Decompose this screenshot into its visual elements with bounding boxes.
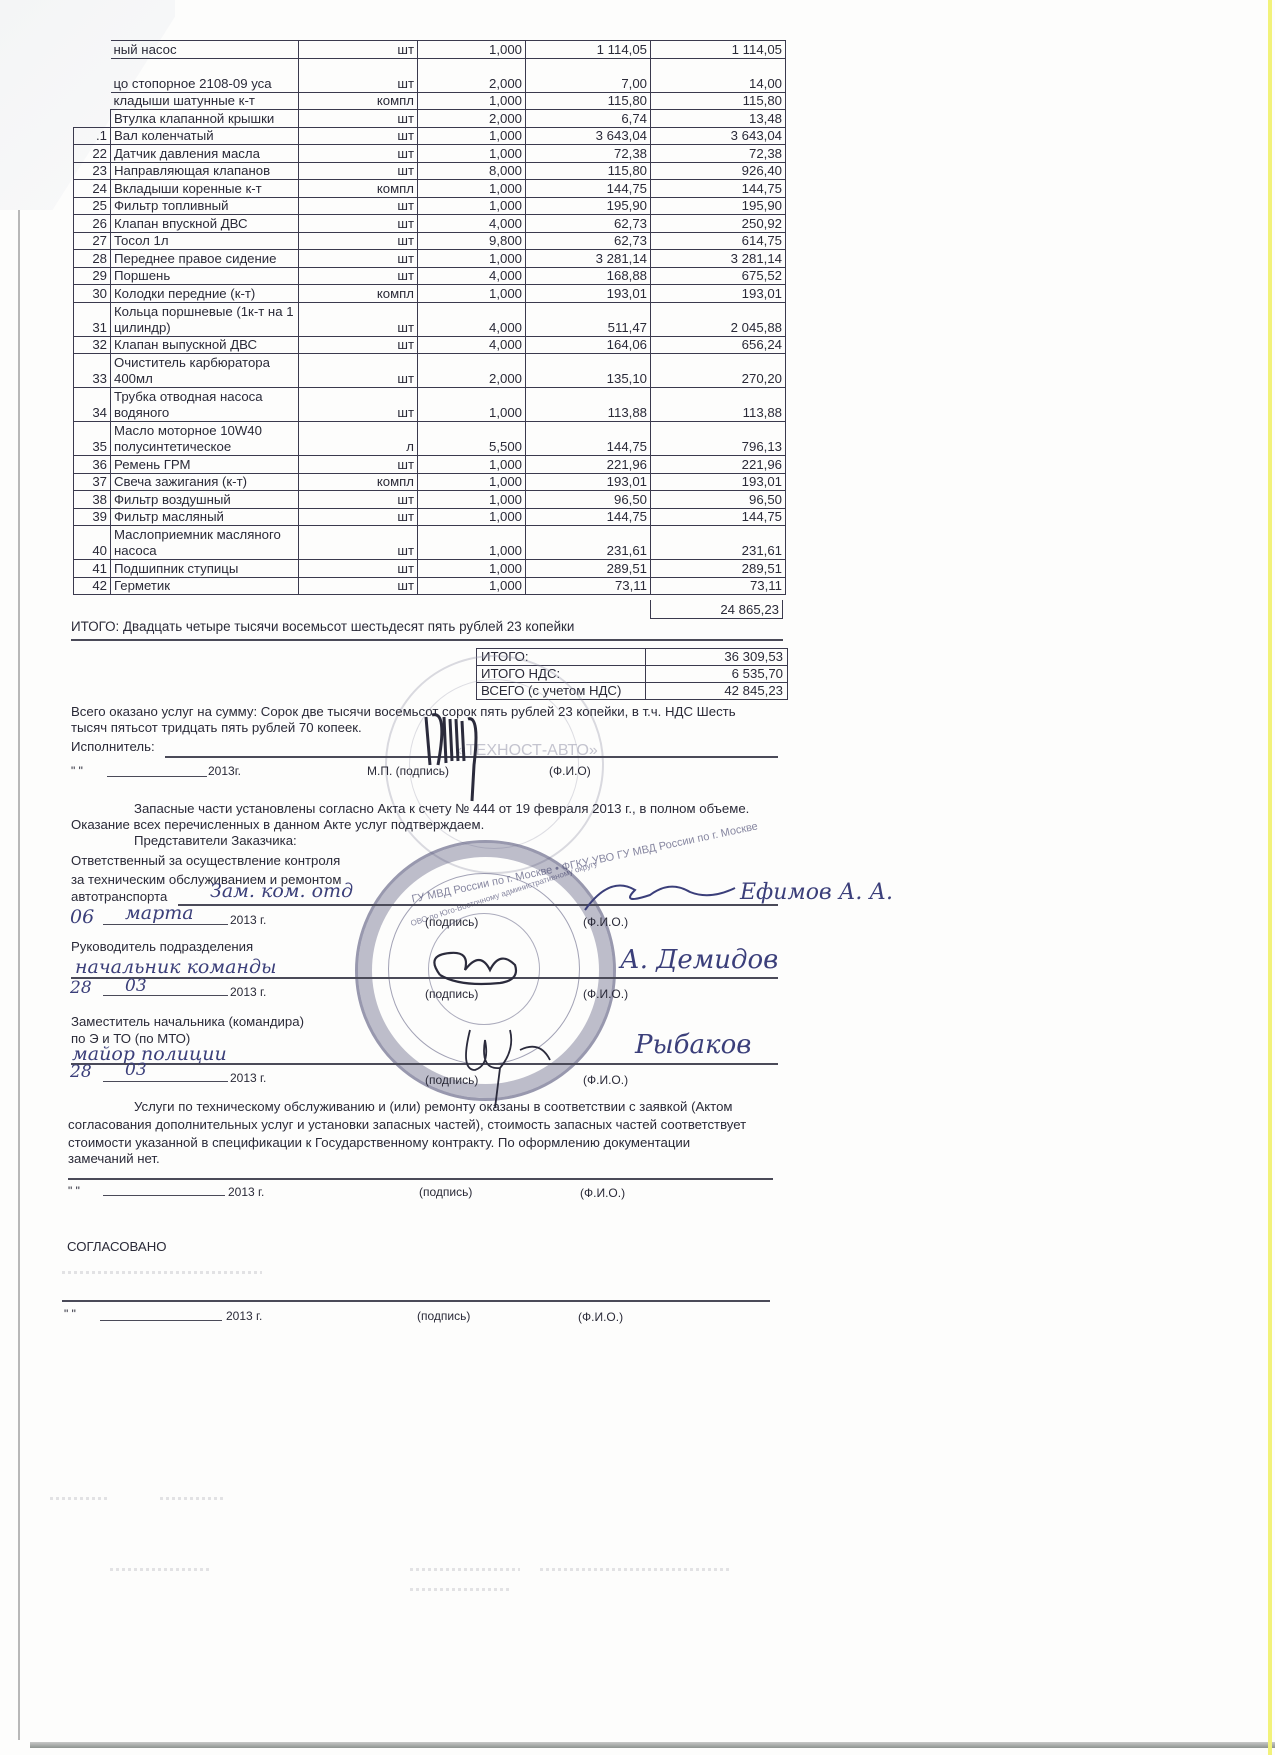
spec-table: ный насосшт1,0001 114,051 114,05цо стопо… (73, 40, 786, 595)
rep3-fio-label: (Ф.И.О.) (583, 1071, 628, 1089)
item-quantity: 4,000 (418, 336, 526, 354)
item-price: 195,90 (526, 197, 651, 215)
table-row: 38Фильтр воздушныйшт1,00096,5096,50 (74, 491, 786, 509)
rep2-signature (420, 945, 530, 990)
item-name: Ремень ГРМ (111, 456, 299, 474)
item-name: Датчик давления масла (111, 145, 299, 163)
item-sum: 113,88 (651, 388, 786, 422)
services-sum-line-2: тысяч пятьсот тридцать пять рублей 70 ко… (71, 719, 362, 737)
rep1-signature (580, 870, 740, 920)
blank-fio-label: (Ф.И.О.) (580, 1184, 625, 1202)
table-row: 22Датчик давления маслашт1,00072,3872,38 (74, 145, 786, 163)
item-quantity: 2,000 (418, 110, 526, 128)
item-sum: 115,80 (651, 92, 786, 110)
item-quantity: 1,000 (418, 197, 526, 215)
item-name: Кольца поршневые (1к-т на 1 цилиндр) (111, 302, 299, 336)
row-number: 30 (74, 285, 111, 303)
item-price: 144,75 (526, 422, 651, 456)
table-row: Втулка клапанной крышкишт2,0006,7413,48 (74, 110, 786, 128)
table-row: 31Кольца поршневые (1к-т на 1 цилиндр)шт… (74, 302, 786, 336)
agreed-year: 2013 г. (226, 1307, 262, 1325)
item-unit: шт (299, 145, 418, 163)
item-unit: шт (299, 232, 418, 250)
table-row: 39Фильтр масляныйшт1,000144,75144,75 (74, 508, 786, 526)
rep3-title-line-1: Заместитель начальника (командира) (71, 1013, 304, 1031)
item-price: 193,01 (526, 473, 651, 491)
item-name: Клапан выпускной ДВС (111, 336, 299, 354)
rep1-year: 2013 г. (230, 911, 266, 929)
bleed-through-mark (540, 1568, 730, 1571)
item-sum: 675,52 (651, 267, 786, 285)
item-quantity: 1,000 (418, 92, 526, 110)
row-number: 24 (74, 180, 111, 198)
table-row: 27Тосол 1лшт9,80062,73614,75 (74, 232, 786, 250)
table-row: .1Вал коленчатыйшт1,0003 643,043 643,04 (74, 127, 786, 145)
item-unit: шт (299, 267, 418, 285)
item-quantity: 1,000 (418, 180, 526, 198)
table-row: ный насосшт1,0001 114,051 114,05 (74, 41, 786, 59)
blank-year: 2013 г. (228, 1183, 264, 1201)
item-quantity: 1,000 (418, 145, 526, 163)
item-unit: шт (299, 577, 418, 595)
rep2-handwritten-name: А. Демидов (620, 945, 778, 975)
item-sum: 656,24 (651, 336, 786, 354)
item-name: Очиститель карбюратора 400мл (111, 354, 299, 388)
item-quantity: 9,800 (418, 232, 526, 250)
item-sum: 144,75 (651, 180, 786, 198)
item-price: 72,38 (526, 145, 651, 163)
item-sum: 14,00 (651, 58, 786, 92)
row-number: 22 (74, 145, 111, 163)
item-quantity: 5,500 (418, 422, 526, 456)
rep1-handwritten-month: марта (125, 902, 194, 924)
item-price: 113,88 (526, 388, 651, 422)
row-number: 28 (74, 250, 111, 268)
table-row: 28Переднее правое сидениешт1,0003 281,14… (74, 250, 786, 268)
total-underline (71, 639, 783, 641)
item-name: Втулка клапанной крышки (111, 110, 299, 128)
table-row: 36Ремень ГРМшт1,000221,96221,96 (74, 456, 786, 474)
table-row: 25Фильтр топливныйшт1,000195,90195,90 (74, 197, 786, 215)
item-quantity: 1,000 (418, 388, 526, 422)
blank-date-line (103, 1195, 225, 1196)
blank-sign-line (68, 1178, 773, 1180)
rep2-handwritten-position: начальник команды (75, 956, 276, 978)
bleed-through-mark (110, 1568, 210, 1571)
item-sum: 1 114,05 (651, 41, 786, 59)
row-number (74, 41, 111, 59)
row-number: 36 (74, 456, 111, 474)
item-quantity: 1,000 (418, 577, 526, 595)
total-in-words: ИТОГО: Двадцать четыре тысячи восемьсот … (71, 619, 574, 634)
item-name: Фильтр масляный (111, 508, 299, 526)
item-unit: шт (299, 302, 418, 336)
agreed-sign-label: (подпись) (417, 1307, 470, 1325)
item-name: Тосол 1л (111, 232, 299, 250)
item-price: 231,61 (526, 526, 651, 560)
row-number: 40 (74, 526, 111, 560)
item-quantity: 1,000 (418, 456, 526, 474)
item-sum: 73,11 (651, 577, 786, 595)
item-quantity: 2,000 (418, 58, 526, 92)
item-price: 7,00 (526, 58, 651, 92)
item-price: 289,51 (526, 560, 651, 578)
totals-value: 42 845,23 (646, 683, 788, 700)
item-price: 144,75 (526, 508, 651, 526)
item-name: Герметик (111, 577, 299, 595)
item-quantity: 1,000 (418, 560, 526, 578)
row-number: 35 (74, 422, 111, 456)
bleed-through-line (62, 1271, 262, 1274)
table-row: 35Масло моторное 10W40 полусинтетическое… (74, 422, 786, 456)
rep1-date-line (103, 924, 228, 925)
table-row: 33Очиститель карбюратора 400млшт2,000135… (74, 354, 786, 388)
item-unit: шт (299, 354, 418, 388)
item-unit: шт (299, 560, 418, 578)
rep1-sign-label: (подпись) (425, 913, 478, 931)
item-unit: шт (299, 41, 418, 59)
bleed-through-mark (160, 1497, 225, 1500)
bleed-through-mark (410, 1588, 510, 1591)
bleed-through-mark (50, 1497, 110, 1500)
item-sum: 221,96 (651, 456, 786, 474)
executor-date-quotes: " " (71, 762, 83, 780)
item-name: Переднее правое сидение (111, 250, 299, 268)
row-number (74, 92, 111, 110)
blank-sign-label: (подпись) (419, 1183, 472, 1201)
rep2-date-line (103, 995, 228, 996)
item-unit: шт (299, 215, 418, 233)
row-number: 23 (74, 162, 111, 180)
item-unit: шт (299, 110, 418, 128)
rep2-handwritten-day: 28 (70, 978, 92, 998)
executor-signature (418, 705, 498, 805)
item-name: Вал коленчатый (111, 127, 299, 145)
item-price: 62,73 (526, 215, 651, 233)
item-unit: шт (299, 491, 418, 509)
item-price: 3 281,14 (526, 250, 651, 268)
rep2-year: 2013 г. (230, 983, 266, 1001)
row-number: 38 (74, 491, 111, 509)
item-price: 115,80 (526, 162, 651, 180)
rep2-fio-label: (Ф.И.О.) (583, 985, 628, 1003)
row-number: 33 (74, 354, 111, 388)
item-unit: шт (299, 162, 418, 180)
page-edge-left (18, 210, 20, 1740)
row-number: 25 (74, 197, 111, 215)
table-row: 41Подшипник ступицышт1,000289,51289,51 (74, 560, 786, 578)
item-price: 135,10 (526, 354, 651, 388)
item-sum: 926,40 (651, 162, 786, 180)
item-name: цо стопорное 2108-09 уса (111, 58, 299, 92)
rep3-sign-line (71, 1063, 778, 1065)
row-number: 29 (74, 267, 111, 285)
item-unit: шт (299, 250, 418, 268)
item-unit: компл (299, 180, 418, 198)
table-row: 23Направляющая клапановшт8,000115,80926,… (74, 162, 786, 180)
totals-value: 36 309,53 (646, 649, 788, 666)
rep3-handwritten-name: Рыбаков (635, 1030, 751, 1060)
item-sum: 13,48 (651, 110, 786, 128)
item-price: 221,96 (526, 456, 651, 474)
item-unit: компл (299, 92, 418, 110)
rep3-handwritten-position: майор полиции (72, 1043, 227, 1065)
agreed-title: СОГЛАСОВАНО (67, 1238, 166, 1256)
item-unit: шт (299, 336, 418, 354)
customer-reps-title: Представители Заказчика: (134, 832, 297, 850)
table-row: 34Трубка отводная насоса водяногошт1,000… (74, 388, 786, 422)
item-price: 511,47 (526, 302, 651, 336)
item-name: Масло моторное 10W40 полусинтетическое (111, 422, 299, 456)
item-unit: шт (299, 508, 418, 526)
item-quantity: 1,000 (418, 526, 526, 560)
item-unit: компл (299, 473, 418, 491)
agreed-date-quotes: " " (64, 1305, 76, 1323)
item-quantity: 1,000 (418, 127, 526, 145)
item-price: 1 114,05 (526, 41, 651, 59)
item-quantity: 1,000 (418, 41, 526, 59)
rep3-handwritten-month: 03 (125, 1060, 147, 1080)
item-unit: л (299, 422, 418, 456)
row-number (74, 58, 111, 92)
item-price: 62,73 (526, 232, 651, 250)
row-number: 34 (74, 388, 111, 422)
totals-value: 6 535,70 (646, 666, 788, 683)
row-number: 37 (74, 473, 111, 491)
item-name: Поршень (111, 267, 299, 285)
rep2-title: Руководитель подразделения (71, 938, 253, 956)
table-row: 40Маслоприемник масляного насосашт1,0002… (74, 526, 786, 560)
item-name: кладыши шатунные к-т (111, 92, 299, 110)
item-price: 144,75 (526, 180, 651, 198)
agreed-sign-line (62, 1300, 770, 1302)
row-number: 42 (74, 577, 111, 595)
row-number: 32 (74, 336, 111, 354)
row-number: 39 (74, 508, 111, 526)
item-sum: 2 045,88 (651, 302, 786, 336)
item-price: 115,80 (526, 92, 651, 110)
item-name: ный насос (111, 41, 299, 59)
table-row: 30Колодки передние (к-т)компл1,000193,01… (74, 285, 786, 303)
item-sum: 796,13 (651, 422, 786, 456)
item-sum: 250,92 (651, 215, 786, 233)
item-sum: 289,51 (651, 560, 786, 578)
item-sum: 3 643,04 (651, 127, 786, 145)
item-sum: 144,75 (651, 508, 786, 526)
rep3-year: 2013 г. (230, 1069, 266, 1087)
item-unit: шт (299, 127, 418, 145)
item-price: 193,01 (526, 285, 651, 303)
item-sum: 231,61 (651, 526, 786, 560)
rep2-handwritten-month: 03 (125, 976, 147, 996)
services-para-line-1: Услуги по техническому обслуживанию и (и… (134, 1098, 732, 1116)
page-edge-bottom (30, 1742, 1275, 1748)
rep3-signature (440, 1010, 560, 1110)
row-number: 41 (74, 560, 111, 578)
rep3-handwritten-day: 28 (70, 1062, 92, 1082)
item-sum: 193,01 (651, 473, 786, 491)
item-unit: шт (299, 58, 418, 92)
table-row: 29Поршеньшт4,000168,88675,52 (74, 267, 786, 285)
item-name: Свеча зажигания (к-т) (111, 473, 299, 491)
item-price: 6,74 (526, 110, 651, 128)
table-row: 26Клапан впускной ДВСшт4,00062,73250,92 (74, 215, 786, 233)
subtotal-cell: 24 865,23 (650, 600, 783, 619)
table-row: 42Герметикшт1,00073,1173,11 (74, 577, 786, 595)
executor-fio: (Ф.И.О) (549, 762, 591, 780)
item-price: 164,06 (526, 336, 651, 354)
item-sum: 614,75 (651, 232, 786, 250)
item-quantity: 1,000 (418, 491, 526, 509)
item-unit: компл (299, 285, 418, 303)
table-row: 32Клапан выпускной ДВСшт4,000164,06656,2… (74, 336, 786, 354)
item-quantity: 4,000 (418, 302, 526, 336)
item-name: Клапан впускной ДВС (111, 215, 299, 233)
rep1-handwritten-day: 06 (70, 906, 94, 928)
rep1-title-line-1: Ответственный за осуществление контроля (71, 852, 340, 870)
services-para-line-3: стоимости указанной в спецификации к Гос… (68, 1134, 690, 1152)
item-name: Фильтр топливный (111, 197, 299, 215)
agreed-fio-label: (Ф.И.О.) (578, 1308, 623, 1326)
item-name: Направляющая клапанов (111, 162, 299, 180)
agreed-date-line (100, 1320, 222, 1321)
item-unit: шт (299, 456, 418, 474)
item-price: 3 643,04 (526, 127, 651, 145)
item-sum: 96,50 (651, 491, 786, 509)
item-price: 96,50 (526, 491, 651, 509)
item-name: Фильтр воздушный (111, 491, 299, 509)
item-unit: шт (299, 197, 418, 215)
services-para-line-2: согласования дополнительных услуг и уста… (68, 1116, 746, 1134)
executor-label: Исполнитель: (71, 738, 155, 756)
row-number: 26 (74, 215, 111, 233)
rep1-handwritten-position: Зам. ком. отд (210, 880, 353, 902)
item-name: Трубка отводная насоса водяного (111, 388, 299, 422)
table-row: 37Свеча зажигания (к-т)компл1,000193,011… (74, 473, 786, 491)
item-price: 73,11 (526, 577, 651, 595)
item-quantity: 4,000 (418, 267, 526, 285)
rep3-date-line (103, 1081, 228, 1082)
item-quantity: 4,000 (418, 215, 526, 233)
item-name: Колодки передние (к-т) (111, 285, 299, 303)
item-sum: 193,01 (651, 285, 786, 303)
item-price: 168,88 (526, 267, 651, 285)
table-row: 24Вкладыши коренные к-ткомпл1,000144,751… (74, 180, 786, 198)
blank-date-quotes: " " (68, 1182, 80, 1200)
item-name: Вкладыши коренные к-т (111, 180, 299, 198)
page-edge-right (1268, 0, 1272, 1755)
table-row: кладыши шатунные к-ткомпл1,000115,80115,… (74, 92, 786, 110)
item-unit: шт (299, 526, 418, 560)
item-quantity: 1,000 (418, 285, 526, 303)
table-row: цо стопорное 2108-09 усашт2,0007,0014,00 (74, 58, 786, 92)
item-quantity: 2,000 (418, 354, 526, 388)
services-para-line-4: замечаний нет. (68, 1150, 160, 1168)
item-name: Подшипник ступицы (111, 560, 299, 578)
item-sum: 195,90 (651, 197, 786, 215)
row-number: .1 (74, 127, 111, 145)
bleed-through-mark (410, 1568, 520, 1571)
item-quantity: 1,000 (418, 508, 526, 526)
executor-date-line (107, 776, 207, 777)
item-quantity: 1,000 (418, 473, 526, 491)
row-number: 31 (74, 302, 111, 336)
item-sum: 72,38 (651, 145, 786, 163)
item-sum: 3 281,14 (651, 250, 786, 268)
rep1-handwritten-name: Ефимов А. А. (740, 880, 893, 905)
item-quantity: 8,000 (418, 162, 526, 180)
row-number (74, 110, 111, 128)
item-quantity: 1,000 (418, 250, 526, 268)
item-unit: шт (299, 388, 418, 422)
item-sum: 270,20 (651, 354, 786, 388)
item-name: Маслоприемник масляного насоса (111, 526, 299, 560)
row-number: 27 (74, 232, 111, 250)
executor-year: 2013г. (208, 762, 241, 780)
